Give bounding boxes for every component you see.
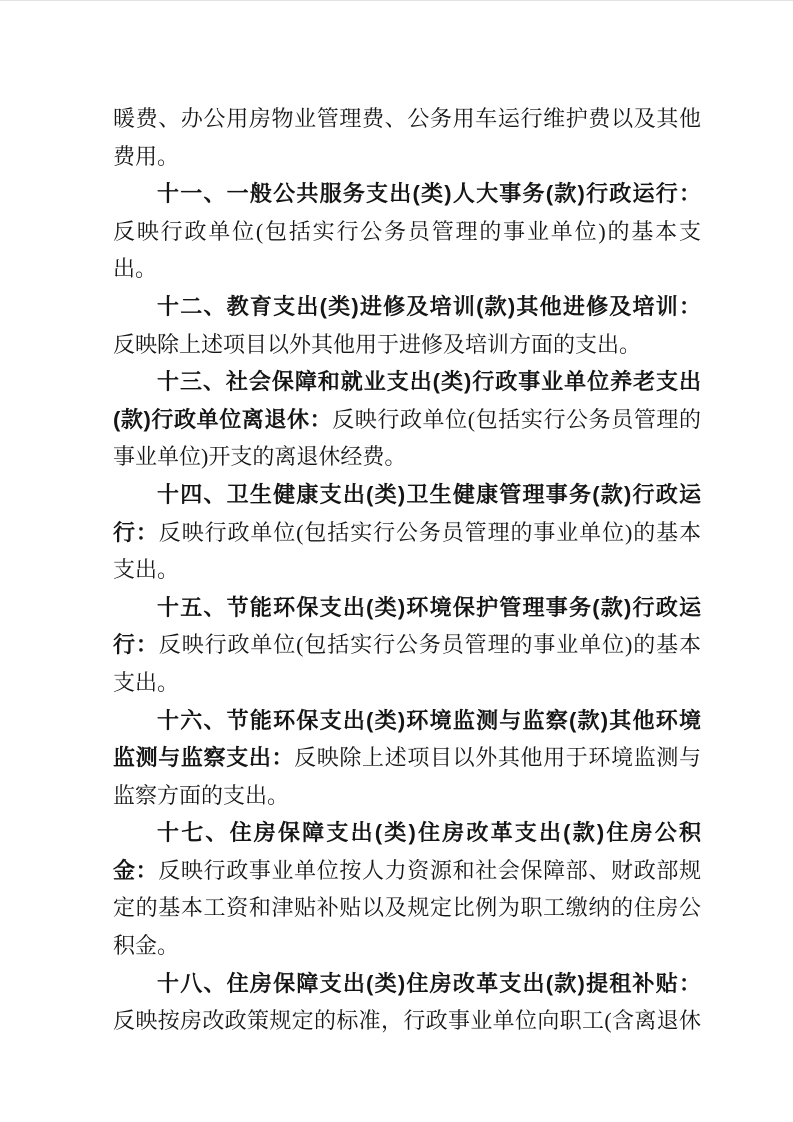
text-line: 出。 <box>113 250 701 288</box>
clause-body-text: 反映行政单位(包括实行公务员管理的事业单位)的基本 <box>159 520 701 545</box>
clause-heading-text: 监测与监察支出： <box>113 745 294 770</box>
clause-heading-text: 十八、住房保障支出(类)住房改革支出(款)提租补贴： <box>157 971 701 996</box>
clause-heading-text: 十七、住房保障支出(类)住房改革支出(款)住房公积 <box>157 820 701 845</box>
text-line: 十四、卫生健康支出(类)卫生健康管理事务(款)行政运 <box>113 476 701 514</box>
text-line: 十五、节能环保支出(类)环境保护管理事务(款)行政运 <box>113 589 701 627</box>
clause-body-text: 支出。 <box>113 670 179 695</box>
text-line: 费用。 <box>113 138 701 176</box>
document-page: 暖费、办公用房物业管理费、公务用车运行维护费以及其他费用。十一、一般公共服务支出… <box>0 0 793 1122</box>
clause-heading-text: 十二、教育支出(类)进修及培训(款)其他进修及培训： <box>157 294 701 319</box>
clause-body-text: 暖费、办公用房物业管理费、公务用车运行维护费以及其他 <box>113 106 701 131</box>
clause-heading-text: 十六、节能环保支出(类)环境监测与监察(款)其他环境 <box>157 708 701 733</box>
clause-body-text: 反映除上述项目以外其他用于环境监测与 <box>294 745 701 770</box>
clause-body-text: 反映行政事业单位按人力资源和社会保障部、财政部规 <box>158 858 701 883</box>
text-line: 十六、节能环保支出(类)环境监测与监察(款)其他环境 <box>113 702 701 740</box>
clause-heading-text: 金： <box>113 858 158 883</box>
clause-body-text: 反映行政单位(包括实行公务员管理的事业单位)的基本支 <box>113 219 701 244</box>
clause-body-text: 积金。 <box>113 933 179 958</box>
clause-body-text: 反映行政单位(包括实行公务员管理的事业单位)的基本 <box>159 632 701 657</box>
document-body: 暖费、办公用房物业管理费、公务用车运行维护费以及其他费用。十一、一般公共服务支出… <box>113 100 701 1040</box>
clause-body-text: 反映除上述项目以外其他用于进修及培训方面的支出。 <box>113 332 641 357</box>
text-line: 反映行政单位(包括实行公务员管理的事业单位)的基本支 <box>113 213 701 251</box>
clause-heading-text: 十一、一般公共服务支出(类)人大事务(款)行政运行： <box>157 181 701 206</box>
clause-heading-text: 行： <box>113 632 159 657</box>
clause-body-text: 出。 <box>113 256 157 281</box>
text-line: 反映按房改政策规定的标准，行政事业单位向职工(含离退休 <box>113 1002 701 1040</box>
text-line: 十七、住房保障支出(类)住房改革支出(款)住房公积 <box>113 814 701 852</box>
clause-body-text: 支出。 <box>113 557 179 582</box>
text-line: 十三、社会保障和就业支出(类)行政事业单位养老支出 <box>113 363 701 401</box>
text-line: 监测与监察支出：反映除上述项目以外其他用于环境监测与 <box>113 739 701 777</box>
clause-body-text: 定的基本工资和津贴补贴以及规定比例为职工缴纳的住房公 <box>113 895 701 920</box>
clause-heading-text: 十四、卫生健康支出(类)卫生健康管理事务(款)行政运 <box>157 482 701 507</box>
text-line: 监察方面的支出。 <box>113 777 701 815</box>
clause-body-text: 反映按房改政策规定的标准，行政事业单位向职工(含离退休 <box>113 1008 701 1033</box>
text-line: 支出。 <box>113 551 701 589</box>
text-line: 行：反映行政单位(包括实行公务员管理的事业单位)的基本 <box>113 626 701 664</box>
text-line: 金：反映行政事业单位按人力资源和社会保障部、财政部规 <box>113 852 701 890</box>
clause-heading-text: 行： <box>113 520 159 545</box>
clause-body-text: 事业单位)开支的离退休经费。 <box>113 444 406 469</box>
clause-body-text: 反映行政单位(包括实行公务员管理的 <box>332 407 701 432</box>
text-line: 行：反映行政单位(包括实行公务员管理的事业单位)的基本 <box>113 514 701 552</box>
clause-heading-text: 十三、社会保障和就业支出(类)行政事业单位养老支出 <box>157 369 701 394</box>
clause-body-text: 监察方面的支出。 <box>113 783 289 808</box>
clause-heading-text: 十五、节能环保支出(类)环境保护管理事务(款)行政运 <box>157 595 701 620</box>
text-line: 十二、教育支出(类)进修及培训(款)其他进修及培训： <box>113 288 701 326</box>
clause-heading-text: (款)行政单位离退休： <box>113 407 332 432</box>
text-line: (款)行政单位离退休：反映行政单位(包括实行公务员管理的 <box>113 401 701 439</box>
clause-body-text: 费用。 <box>113 144 179 169</box>
text-line: 支出。 <box>113 664 701 702</box>
text-line: 暖费、办公用房物业管理费、公务用车运行维护费以及其他 <box>113 100 701 138</box>
text-line: 积金。 <box>113 927 701 965</box>
text-line: 十一、一般公共服务支出(类)人大事务(款)行政运行： <box>113 175 701 213</box>
text-line: 定的基本工资和津贴补贴以及规定比例为职工缴纳的住房公 <box>113 889 701 927</box>
text-line: 十八、住房保障支出(类)住房改革支出(款)提租补贴： <box>113 965 701 1003</box>
text-line: 事业单位)开支的离退休经费。 <box>113 438 701 476</box>
text-line: 反映除上述项目以外其他用于进修及培训方面的支出。 <box>113 326 701 364</box>
